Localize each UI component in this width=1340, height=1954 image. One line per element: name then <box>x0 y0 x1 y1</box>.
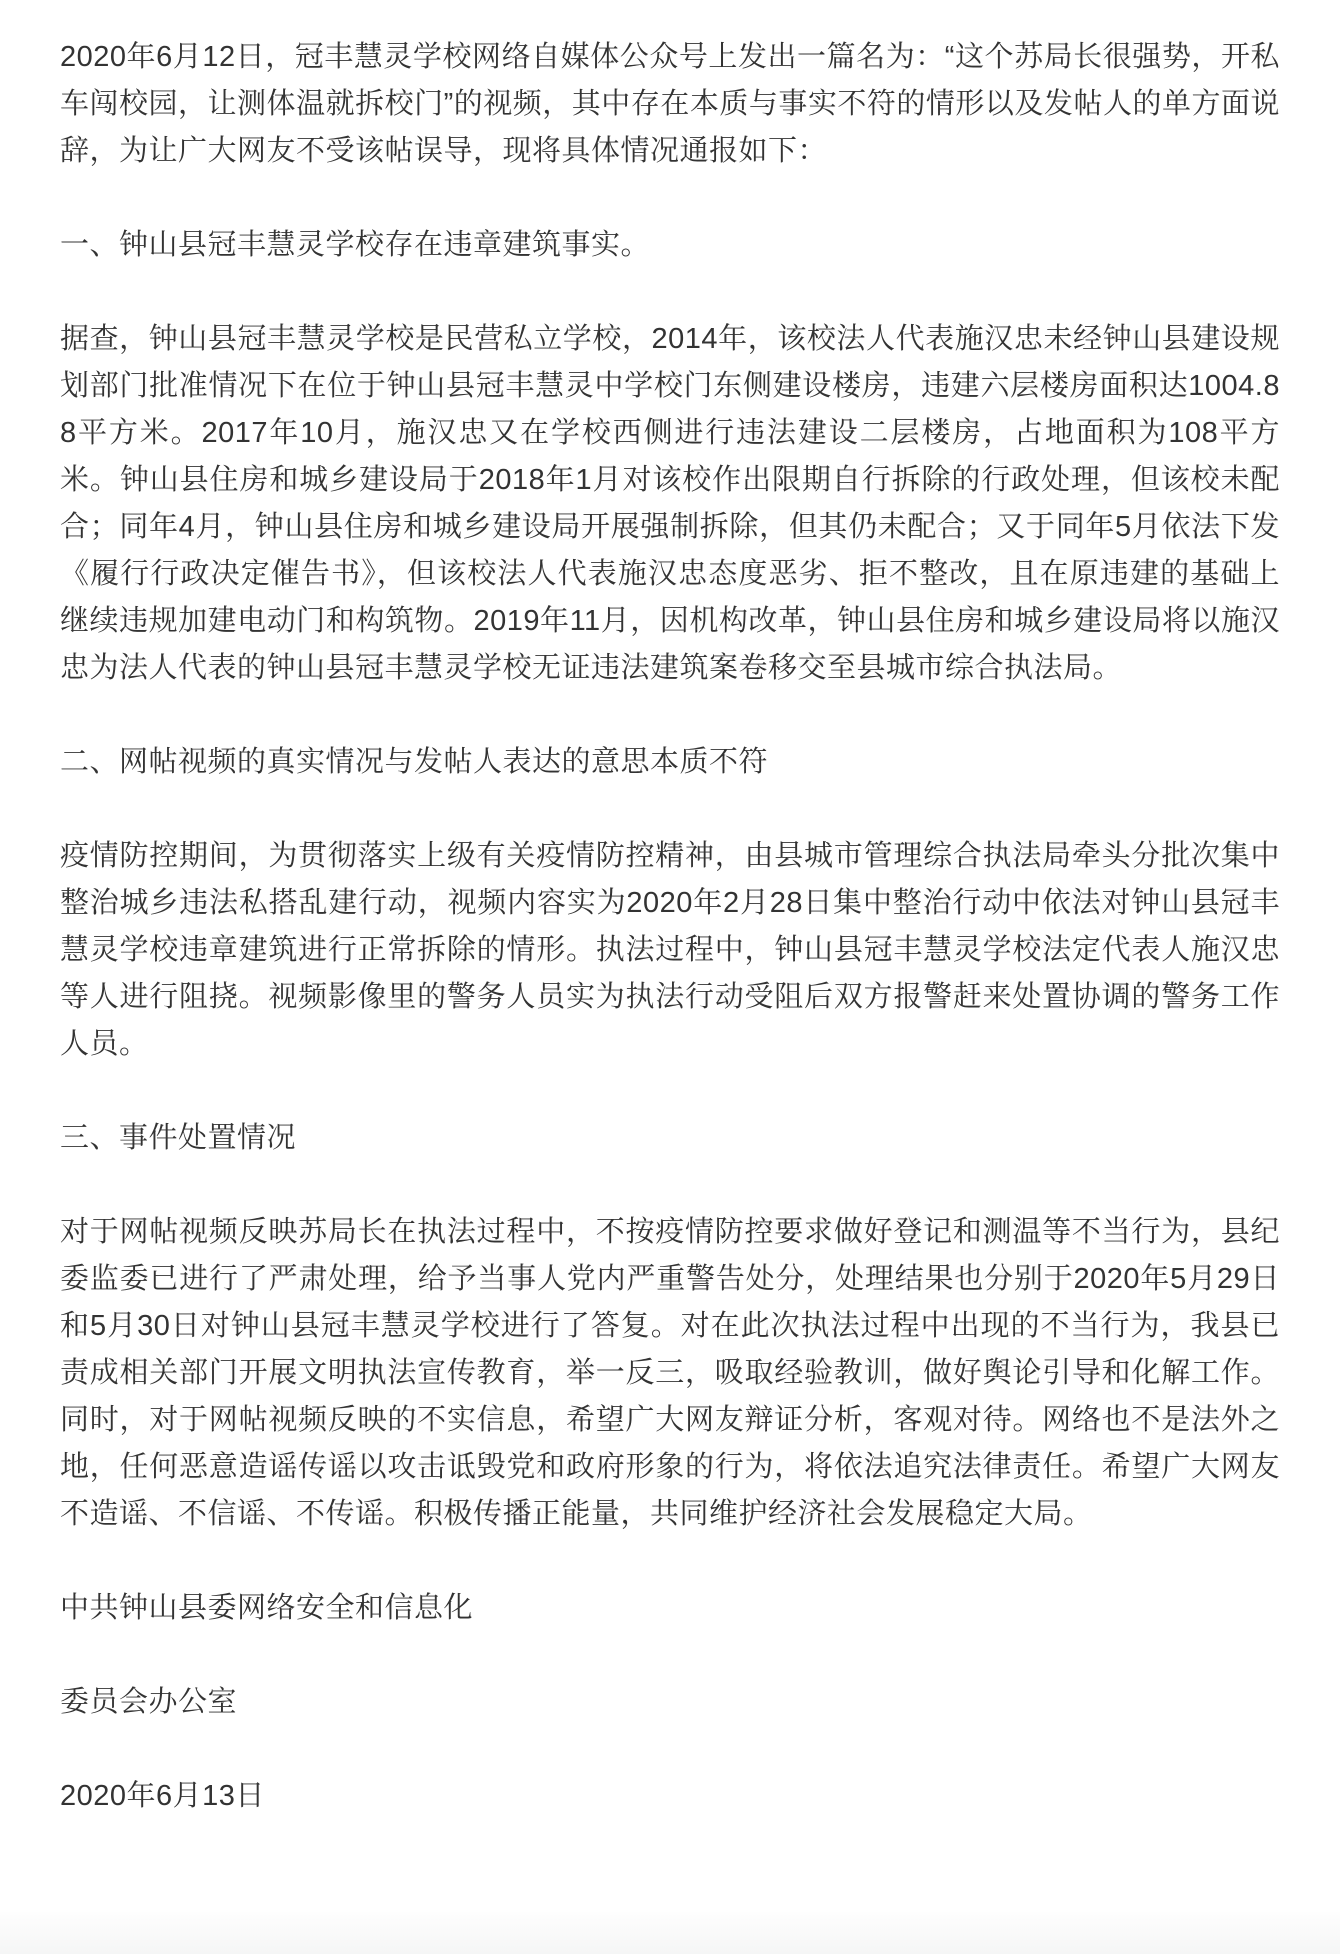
section-3-body: 对于网帖视频反映苏局长在执法过程中，不按疫情防控要求做好登记和测温等不当行为，县… <box>60 1209 1280 1538</box>
notice-document: 2020年6月12日，冠丰慧灵学校网络自媒体公众号上发出一篇名为：“这个苏局长很… <box>0 0 1340 1954</box>
notice-body: 2020年6月12日，冠丰慧灵学校网络自媒体公众号上发出一篇名为：“这个苏局长很… <box>0 0 1340 1820</box>
date-line: 2020年6月13日 <box>60 1773 1280 1820</box>
section-3-heading: 三、事件处置情况 <box>60 1115 1280 1162</box>
signature-line-1: 中共钟山县委网络安全和信息化 <box>60 1585 1280 1632</box>
section-2-heading: 二、网帖视频的真实情况与发帖人表达的意思本质不符 <box>60 739 1280 786</box>
section-1-heading: 一、钟山县冠丰慧灵学校存在违章建筑事实。 <box>60 222 1280 269</box>
footer-strip <box>0 1912 1340 1954</box>
signature-line-2: 委员会办公室 <box>60 1679 1280 1726</box>
section-1-body: 据查，钟山县冠丰慧灵学校是民营私立学校，2014年，该校法人代表施汉忠未经钟山县… <box>60 316 1280 692</box>
section-2-body: 疫情防控期间，为贯彻落实上级有关疫情防控精神，由县城市管理综合执法局牵头分批次集… <box>60 833 1280 1068</box>
intro-paragraph: 2020年6月12日，冠丰慧灵学校网络自媒体公众号上发出一篇名为：“这个苏局长很… <box>60 34 1280 175</box>
